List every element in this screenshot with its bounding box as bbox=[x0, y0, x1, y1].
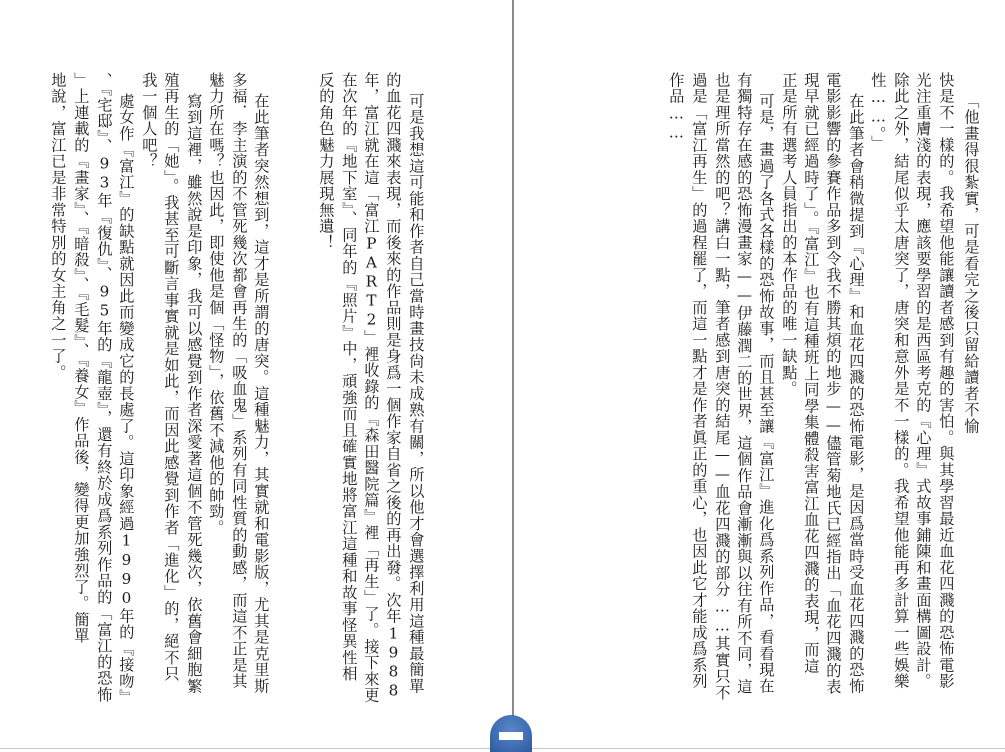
text-column: 寫到這裡，雖然說是印象，我可以感覺到作者深愛著這個不管死幾次，依舊會細胞繁 bbox=[183, 72, 205, 694]
book-spine-divider bbox=[512, 0, 514, 720]
text-column: 殖再生的「她」。我甚至可斷言事實就是如此，而因此感覺到作者「進化」的，絕不只 bbox=[160, 72, 182, 682]
text-column: 反的角色魅力展現無遺！ bbox=[315, 72, 337, 251]
text-column: 可是我想這可能和作者自己當時畫技尙未成熟有關，所以他才會選擇利用這種最簡單 bbox=[405, 72, 427, 694]
text-column: 在此筆者突然想到，這才是所謂的唐突。這種魅力，其實就和電影版，尤其是克里斯 bbox=[250, 72, 272, 694]
text-column: 光注重膚淺的表現，應該要學習的是西區考克的『心理』式故事鋪陳和畫面構圖設計。 bbox=[912, 72, 934, 690]
text-column: 快是不一樣的。我希望他能讓讀者感到有趣的害怕。與其學習最近血花四濺的恐怖電影 bbox=[935, 72, 957, 690]
text-column: 魅力所在嗎？也因此，即使他是個「怪物」，依舊不減他的帥勁。 bbox=[205, 72, 227, 536]
text-column: 、『宅邸』、93年『復仇』、95年的『龍壺』，還有終於成爲系列作品的「富江的恐怖 bbox=[93, 72, 115, 703]
minus-icon bbox=[499, 732, 523, 740]
text-column: 年，富江就在這「富江PART2」裡收錄的『森田醫院篇』裡「再生」了。接下來更 bbox=[360, 72, 382, 704]
text-column: 處女作『富江』的缺點就因此而變成它的長處了。這印象經過1990年的『接吻』 bbox=[115, 72, 137, 705]
text-column: 現早就已經過時了」。『富江』也有這種班上同學集體殺害富江血花四濺的表現，而這 bbox=[800, 72, 822, 674]
text-column: 也是理所當然的吧？講白一點，筆者感到唐突的結尾——血花四濺的部分……其實只不 bbox=[711, 72, 733, 701]
text-column: 過是「富江再生」的過程罷了，而這一點才是作者眞正的重心，也因此它才能成爲系列 bbox=[688, 72, 710, 690]
text-column: 在此筆者會稍微提到『心理』和血花四濺的恐怖電影，是因爲當時受血花四濺的恐怖 bbox=[845, 72, 867, 694]
text-column: 的血花四濺來表現，而後來的作品則是身爲一個作家自省之後的再出發。次年1988 bbox=[382, 72, 404, 701]
text-column: 電影影響的參賽作品多到令我不勝其煩的地步——儘管菊地氏已經指出「血花四濺的表 bbox=[822, 72, 844, 695]
text-column: 「他畫得很紮實，可是看完之後只留給讀者不愉 bbox=[960, 72, 982, 434]
text-column: 正是所有選考人員指出的本作品的唯一缺點。 bbox=[778, 72, 800, 397]
text-column: 除此之外，結尾似乎太唐突了，唐突和意外是不一樣的。我希望他能再多計算一些娛樂 bbox=[890, 72, 912, 690]
text-column: 作品…… bbox=[665, 72, 687, 143]
text-column: 」上連載的『畫家』、『暗殺』、『毛髮』、『養女』作品後，變得更加強烈了。簡單 bbox=[70, 72, 92, 644]
text-column: 地說，富江已是非常特別的女主角之一了。 bbox=[47, 72, 69, 381]
text-column: 有獨特存在感的恐怖漫畫家——伊藤潤二的世界，這個作品會漸漸與以往有所不同，這 bbox=[733, 72, 755, 695]
text-column: 性……。」 bbox=[867, 72, 889, 151]
text-column: 多福．李主演的不管死幾次都會再生的「吸血鬼」系列有同性質的動感，而這不正是其 bbox=[228, 72, 250, 690]
text-column: 我一個人吧？ bbox=[138, 72, 160, 170]
zoom-out-button[interactable] bbox=[490, 715, 532, 752]
text-column: 在次年的『地下室』、同年的『照片』中，頑強而且確實地將富江這種和故事怪異性相 bbox=[338, 72, 360, 682]
text-column: 可是，畫過了各式各樣的恐怖故事，而且甚至讓『富江』進化爲系列作品，看看現在 bbox=[755, 72, 777, 694]
